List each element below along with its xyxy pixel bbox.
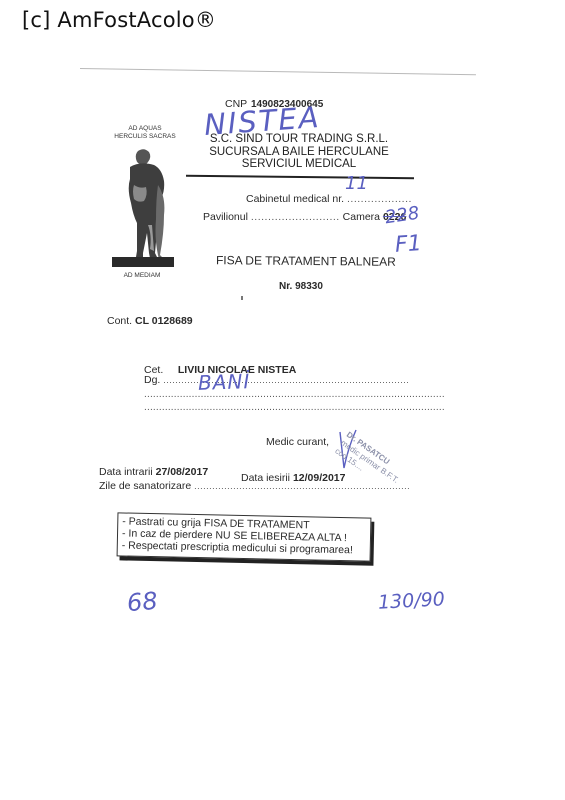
header-divider (186, 175, 414, 179)
diagnosis-line-2: ........................................… (144, 389, 445, 400)
company-department: SERVICIUL MEDICAL (186, 158, 412, 170)
company-name: S.C. SIND TOUR TRADING S.R.L. (186, 133, 412, 145)
pavilion-label: Pavilionul (203, 211, 248, 223)
entry-date-label: Data intrarii (99, 466, 153, 478)
account-label: Cont. (107, 315, 132, 327)
logo-caption-line1: AD AQUAS (110, 125, 180, 133)
handwritten-pulse: 68 (126, 587, 159, 618)
logo-caption-bottom: AD MEDIAM (107, 272, 177, 280)
cabinet-field: Cabinetul medical nr. ..................… (246, 193, 412, 205)
logo-caption-top: AD AQUAS HERCULIS SACRAS (110, 125, 180, 141)
pavilion-dots: .......................... (251, 211, 340, 223)
pavilion-field: Pavilionul .......................... Ca… (203, 211, 406, 223)
days-dots: ........................................… (194, 481, 410, 491)
account-value: CL 0128689 (135, 315, 193, 327)
days-label: Zile de sanatorizare (99, 480, 191, 492)
company-branch: SUCURSALA BAILE HERCULANE (186, 146, 412, 158)
entry-date-field: Data intrarii 27/08/2017 (99, 466, 208, 478)
diagnosis-line-3: ........................................… (144, 402, 445, 413)
doctor-label: Medic curant, (266, 436, 329, 448)
scan-edge-line (80, 68, 476, 75)
account-field: Cont. CL 0128689 (107, 315, 193, 327)
camera-label: Camera (343, 211, 380, 223)
logo-caption-line2: HERCULIS SACRAS (110, 133, 180, 141)
diagnosis-label: Dg. (144, 374, 160, 386)
number-label: Nr. (279, 281, 292, 292)
handwritten-floor: F1 (394, 231, 422, 258)
days-field: Zile de sanatorizare ...................… (99, 480, 410, 492)
document-title: FISA DE TRATAMENT BALNEAR (216, 253, 396, 269)
scan-mark (241, 296, 243, 300)
handwritten-room-number: 228 (384, 203, 421, 229)
cabinet-dots: ................... (347, 193, 412, 205)
handwritten-cabinet-number: 11 (345, 173, 368, 194)
hercules-statue-icon (108, 145, 178, 270)
entry-date-value: 27/08/2017 (156, 466, 209, 478)
notice-box: - Pastrati cu grija FISA DE TRATAMENT - … (117, 512, 372, 561)
document-number: Nr. 98330 (279, 281, 323, 292)
number-value: 98330 (295, 281, 323, 292)
cabinet-label: Cabinetul medical nr. (246, 193, 344, 205)
watermark: [c] AmFostAcolo® (22, 8, 216, 32)
handwritten-blood-pressure: 130/90 (377, 588, 445, 613)
diagnosis-field: Dg. ....................................… (144, 374, 409, 386)
